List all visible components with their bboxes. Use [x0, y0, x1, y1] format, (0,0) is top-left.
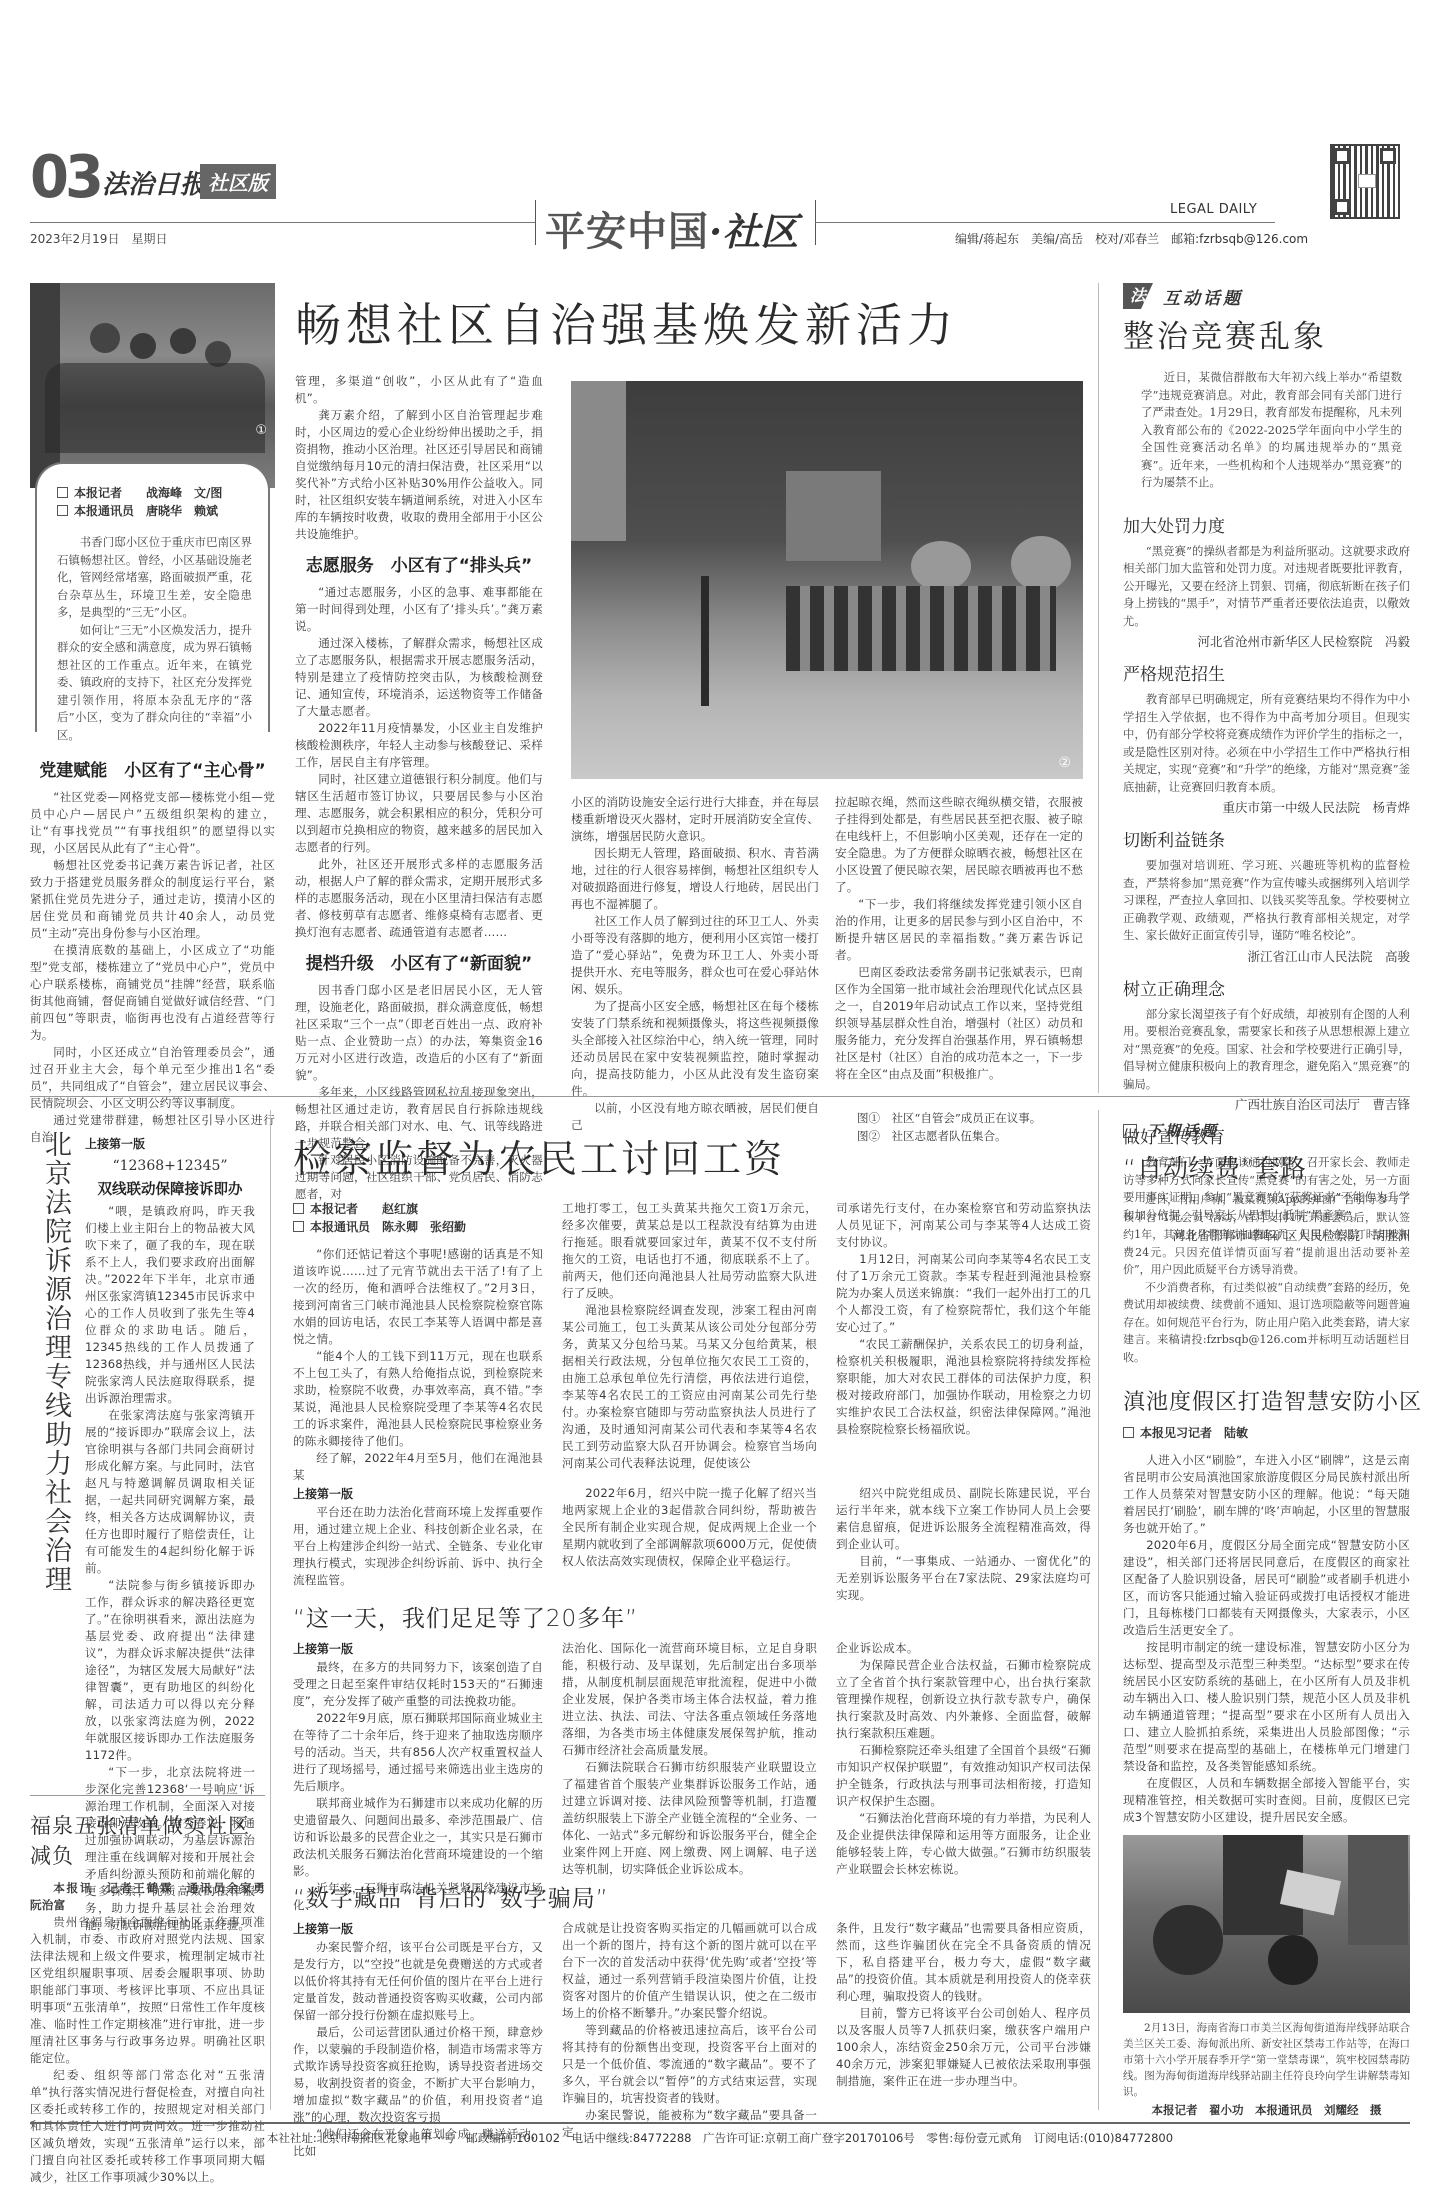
fuquan-headline: 福泉五张清单做实社区减负: [30, 1810, 265, 1870]
photo2-marker: ②: [1058, 755, 1071, 771]
topic-law-icon: 法: [1123, 283, 1153, 309]
procuratorate-col-3: 司承诺先行支付，在办案检察官和劳动监察执法人员见证下，河南某公司与李某等4人达成…: [836, 1200, 1091, 1438]
reporter-byline: 本报记者 战海峰 文/图 本报通讯员 唐晓华 赖斌: [57, 484, 252, 520]
section-title-sub: ·社区: [709, 209, 798, 254]
masthead-rule-right: [815, 222, 1275, 223]
intro-paragraph: 如何让“三无”小区焕发活力，提升群众的安全感和满意度，成为界石镇畅想社区的工作重…: [57, 622, 252, 745]
beijing-vertical-title: 北京法院诉源治理专线助力社会治理: [42, 1130, 72, 1594]
shishi-col-2: 法治化、国际化一流营商环境目标，立足自身职能，积极行动、及早谋划，先后制定出台多…: [562, 1640, 817, 1878]
sidebar-topic: 法 互动话题 整治竞赛乱象 近日，某微信群散布大年初六线上举办“希望数学”违规竞…: [1123, 283, 1410, 1244]
digital-col-2: 合成就是让投资客购买指定的几幅画就可以合成出一个新的图片，持有这个新的图片就可以…: [562, 1920, 817, 2141]
lead-col-2: 管理，多渠道“创收”，小区从此有了“造血机”。 龚万素介绍，了解到小区自治管理起…: [295, 373, 543, 1203]
checkbox-icon: [57, 505, 68, 516]
shaoxing-col-2: 2022年6月，绍兴中院一揽子化解了绍兴当地两家规上企业的3起借款合同纠纷，帮助…: [562, 1485, 817, 1570]
subheading-volunteer: 志愿服务 小区有了“排头兵”: [295, 551, 543, 576]
lead-col-3: 小区的消防设施安全运行进行大排查，并在每层楼重新增设灭火器材，定时开展消防安全宣…: [571, 794, 819, 1134]
photo-volunteer-team: ②: [571, 381, 1083, 779]
topic-intro: 近日，某微信群散布大年初六线上举办“希望数学”违规竞赛消息。对此，教育部会同有关…: [1123, 369, 1410, 492]
shishi-col-3: 企业诉讼成本。 为保障民营企业合法权益，石狮市检察院成立了全省首个执行案款管理中…: [836, 1640, 1091, 1878]
masthead: 03 法治日报 社区版 2023年2月19日 星期日 平安中国·社区 LEGAL…: [30, 150, 1410, 245]
shishi-col-1: 上接第一版 最终，在多方的共同努力下，该案创造了自受理之日起至案件审结仅耗时15…: [293, 1640, 543, 1914]
photo1-marker: ①: [255, 423, 267, 438]
lead-col-1: 党建赋能 小区有了“主心骨” “社区党委—网格党支部—楼栋党小组—党员中心户—居…: [30, 748, 275, 1146]
column-rule: [270, 1110, 271, 2110]
qr-code-icon[interactable]: [1330, 144, 1400, 219]
next-topic-headline: “自动续费”套路: [1123, 1149, 1410, 1185]
procuratorate-col-1: 本报记者 赵红旗 本报通讯员 陈永卿 张绍勤 “你们还惦记着这个事呢!感谢的话真…: [293, 1200, 543, 1484]
shaoxing-col-1: 上接第一版 平台还在助力法治化营商环境上发挥重要作用，通过建立规上企业、科技创新…: [293, 1485, 543, 1589]
issue-date: 2023年2月19日 星期日: [30, 230, 167, 247]
column-rule: [1098, 283, 1099, 1093]
digital-col-3: 条件，且发行“数字藏品”也需要具备相应资质，然而，这些诈骗团伙在完全不具备资质的…: [836, 1920, 1091, 2090]
photo-residents-meeting: ①: [30, 283, 275, 488]
staff-credits: 编辑/蒋起东 美编/高岳 校对/邓春兰 邮箱:fzrbsqb@126.com: [955, 230, 1308, 247]
dianchi-article: 滇池度假区打造智慧安防小区 本报见习记者 陆敏 人进入小区“刷脸”，车进入小区“…: [1123, 1385, 1410, 1826]
next-topic-label: 下期话题: [1147, 1120, 1219, 1141]
opinion-item: 树立正确理念 部分家长渴望孩子有个好成绩，却被别有企图的人利用。要根治竞赛乱象，…: [1123, 975, 1410, 1114]
opinion-item: 加大处罚力度 “黑竞赛”的操纵者都是为利益所驱动。这就要求政府相关部门加大监管和…: [1123, 512, 1410, 651]
topic-label-row: 法 互动话题: [1123, 283, 1410, 309]
photo-caption-bottom: 2月13日，海南省海口市美兰区海甸街道海岸线驿站联合美兰区关工委、海甸派出所、新…: [1123, 2020, 1410, 2118]
dianchi-headline: 滇池度假区打造智慧安防小区: [1123, 1385, 1410, 1416]
section-title-main: 平安中国: [545, 209, 709, 255]
checkbox-icon: [57, 487, 68, 498]
section-rule: [30, 1795, 265, 1796]
topic-headline: 整治竞赛乱象: [1123, 317, 1410, 357]
shaoxing-col-3: 绍兴中院党组成员、副院长陈建民说，平台运行半年来，就本线下立案工作协同人员上会要…: [836, 1485, 1091, 1604]
next-topic: 下期话题 “自动续费”套路 近日，有用户称，被某视频App的弹窗广告引导参与了该…: [1123, 1120, 1410, 1366]
lead-col-4: 拉起晾衣绳，然而这些晾衣绳纵横交错，衣服被子挂得到处都是，有些居民甚至把衣服、被…: [835, 794, 1083, 1145]
photo-captions: 图① 社区“自管会”成员正在议事。 图② 社区志愿者队伍集合。: [857, 1109, 1083, 1145]
opinion-item: 严格规范招生 教育部早已明确规定，所有竞赛结果均不得作为中小学招生入学依据，也不…: [1123, 660, 1410, 816]
checkbox-icon: [293, 1203, 304, 1214]
fuquan-lead: 本报讯 记者王鹤霖 通讯员余家勇 阮治富: [30, 1880, 265, 1914]
legal-daily-label: LEGAL DAILY: [1170, 202, 1257, 217]
beijing-subhead: 双线联动保障接诉即办: [85, 1178, 255, 1199]
section-title: 平安中国·社区: [545, 200, 798, 257]
digital-col-1: 上接第一版 办案民警介绍，该平台公司既是平台方，又是发行方，以“空投”也就是免费…: [293, 1920, 543, 2160]
lead-headline: 畅想社区自治强基焕发新活力: [295, 295, 958, 355]
masthead-rule-left: [30, 222, 535, 223]
subheading-upgrade: 提档升级 小区有了“新面貌”: [295, 949, 543, 974]
photo-anti-drug-class: [1123, 1835, 1410, 2013]
shishi-headline: “这一天，我们足足等了20多年”: [293, 1600, 638, 1633]
page-number: 03: [30, 149, 100, 208]
checkbox-icon: [293, 1221, 304, 1232]
footer-rule: [30, 2122, 1410, 2124]
intro-paragraph: 书香门邸小区位于重庆市巴南区界石镇畅想社区。曾经，小区基础设施老化，管网经常堵塞…: [57, 534, 252, 622]
topic-label: 互动话题: [1163, 284, 1243, 309]
footer-info: 本社社址:北京市朝阳区花家地甲一号 邮政编码:100102 电话中继线:8477…: [0, 2130, 1440, 2146]
procuratorate-col-2: 工地打零工，包工头黄某共拖欠工资1万余元，经多次催要，黄某总是以工程款没有结算为…: [562, 1200, 817, 1472]
section-divider-left: [535, 200, 536, 245]
edition-badge: 社区版: [200, 164, 276, 199]
next-topic-label-row: 下期话题: [1123, 1120, 1410, 1141]
procuratorate-headline: 检察监督为农民工讨回工资: [293, 1128, 785, 1183]
column-rule: [1098, 1110, 1099, 2110]
checkbox-icon: [1123, 1427, 1134, 1438]
digital-collectibles-headline: “数字藏品”背后的“数字骗局”: [293, 1880, 609, 1913]
paper-name: 法治日报: [102, 164, 206, 201]
beijing-quote-line: “12368+12345”: [85, 1158, 255, 1174]
checkbox-icon: [1123, 1124, 1137, 1138]
opinion-item: 切断利益链条 要加强对培训班、学习班、兴趣班等机构的监督检查，严禁将参加“黑竞赛…: [1123, 826, 1410, 965]
subheading-party-building: 党建赋能 小区有了“主心骨”: [30, 756, 275, 781]
intro-box: 本报记者 战海峰 文/图 本报通讯员 唐晓华 赖斌 书香门邸小区位于重庆市巴南区…: [35, 462, 270, 732]
